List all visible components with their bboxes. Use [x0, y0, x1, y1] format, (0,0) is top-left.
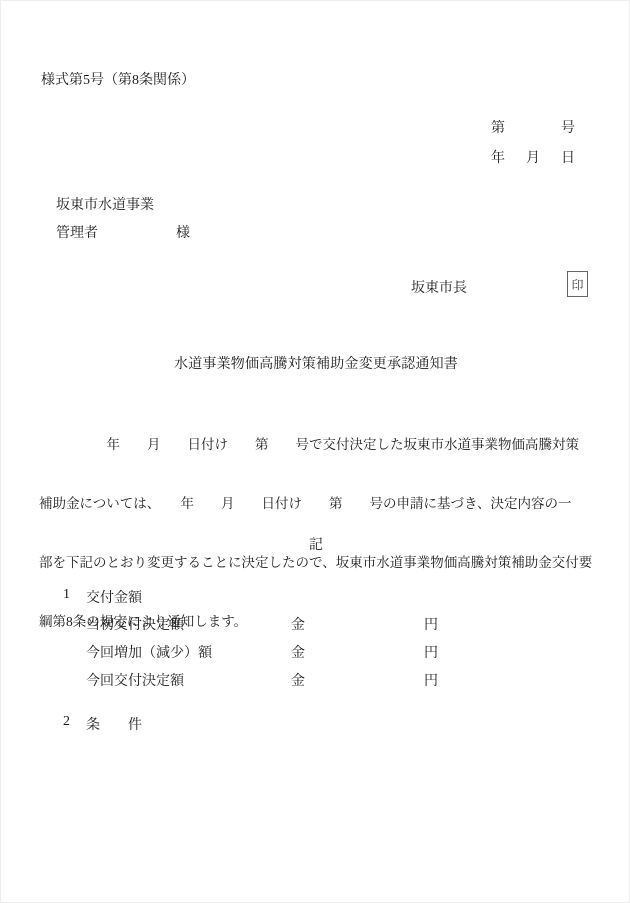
amount-label: 今回増加（減少）額: [86, 642, 212, 662]
currency-prefix: 金: [291, 614, 305, 634]
ki-marker: 記: [1, 534, 630, 554]
date-line: 年 月 日: [491, 147, 575, 167]
body-line: 補助金については、 年 月 日付け 第 号の申請に基づき、決定内容の一: [39, 490, 624, 517]
amount-row-new: 今回交付決定額 金 円: [1, 670, 630, 690]
document-number-line: 第 号: [491, 117, 575, 137]
currency-suffix: 円: [424, 642, 438, 662]
section2-title: 条 件: [86, 714, 142, 734]
recipient-title-line: 管理者 様: [56, 222, 190, 242]
form-number: 様式第5号（第8条関係）: [41, 69, 195, 89]
currency-suffix: 円: [424, 614, 438, 634]
doc-number-prefix: 第: [491, 117, 505, 137]
seal-character: 印: [571, 276, 583, 293]
date-day-label: 日: [561, 147, 575, 167]
doc-number-suffix: 号: [561, 117, 575, 137]
body-line: 年 月 日付け 第 号で交付決定した坂東市水道事業物価高騰対策: [39, 431, 624, 458]
amount-label: 当初交付決定額: [86, 614, 184, 634]
section2-number: 2: [63, 714, 70, 730]
section1-title: 交付金額: [86, 587, 142, 607]
document-page: 様式第5号（第8条関係） 第 号 年 月 日 坂東市水道事業 管理者 様 坂東市…: [0, 0, 630, 903]
seal-box: 印: [567, 271, 588, 297]
amount-row-change: 今回増加（減少）額 金 円: [1, 642, 630, 662]
section1-number: 1: [63, 587, 70, 603]
recipient-title-label: 管理者: [56, 222, 98, 242]
date-month-label: 月: [526, 147, 540, 167]
recipient-organization: 坂東市水道事業: [56, 194, 154, 214]
document-title: 水道事業物価高騰対策補助金変更承認通知書: [1, 353, 630, 373]
sender-name: 坂東市長: [411, 277, 467, 297]
amount-label: 今回交付決定額: [86, 670, 184, 690]
currency-prefix: 金: [291, 670, 305, 690]
recipient-honorific: 様: [176, 222, 190, 242]
currency-prefix: 金: [291, 642, 305, 662]
amount-row-initial: 当初交付決定額 金 円: [1, 614, 630, 634]
currency-suffix: 円: [424, 670, 438, 690]
date-year-label: 年: [491, 147, 505, 167]
